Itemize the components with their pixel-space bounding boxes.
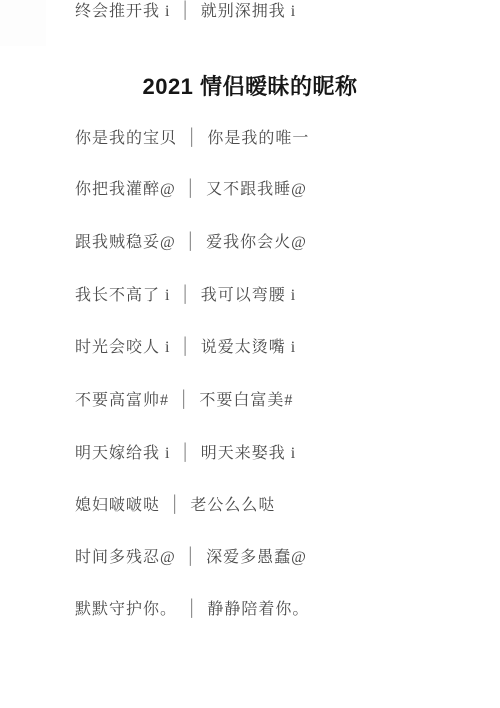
nickname-left: 时光会咬人 i [75,339,170,356]
separator-bar: │ [178,388,190,412]
page-title: 2021 情侣暧昧的昵称 [0,74,500,100]
separator-bar: │ [186,597,198,621]
nickname-right: 我可以弯腰 i [201,287,296,304]
separator-bar: │ [179,441,191,465]
nickname-right: 又不跟我睡@ [206,181,307,198]
nickname-line: 时光会咬人 i│说爱太烫嘴 i [75,336,296,360]
nickname-left: 媳妇啵啵哒 [75,497,160,514]
nickname-line: 你把我灌醉@│又不跟我睡@ [75,178,307,202]
separator-bar: │ [179,283,191,307]
nickname-line: 时间多残忍@│深爱多愚蠢@ [75,546,307,570]
nickname-line: 媳妇啵啵哒│老公么么哒 [75,494,275,518]
nickname-left: 默默守护你。 [75,601,177,618]
nickname-line: 你是我的宝贝│你是我的唯一 [75,127,309,151]
nickname-right: 明天来娶我 i [201,445,296,462]
nickname-left: 跟我贼稳妥@ [75,234,176,251]
separator-bar: │ [179,0,191,23]
nickname-line: 默默守护你。│静静陪着你。 [75,598,309,622]
nickname-line: 终会推开我 i│就别深拥我 i [75,0,296,24]
nickname-line: 我长不高了 i│我可以弯腰 i [75,284,296,308]
nickname-right: 说爱太烫嘴 i [201,339,296,356]
nickname-right: 不要白富美# [199,392,293,409]
nickname-line: 跟我贼稳妥@│爱我你会火@ [75,231,307,255]
document-page: 2021 情侣暧昧的昵称 你是我的宝贝│你是我的唯一 你把我灌醉@│又不跟我睡@… [0,0,500,708]
nickname-left: 不要高富帅# [75,392,169,409]
separator-bar: │ [169,493,181,517]
separator-bar: │ [185,545,197,569]
separator-bar: │ [185,177,197,201]
nickname-left: 你把我灌醉@ [75,181,176,198]
nickname-left: 我长不高了 i [75,287,170,304]
nickname-right: 老公么么哒 [190,497,275,514]
nickname-right: 就别深拥我 i [201,3,296,20]
nickname-right: 爱我你会火@ [206,234,307,251]
nickname-left: 明天嫁给我 i [75,445,170,462]
separator-bar: │ [186,126,198,150]
corner-shade [0,0,46,46]
nickname-right: 静静陪着你。 [207,601,309,618]
nickname-right: 你是我的唯一 [207,130,309,147]
separator-bar: │ [179,335,191,359]
nickname-left: 终会推开我 i [75,3,170,20]
nickname-right: 深爱多愚蠢@ [206,549,307,566]
nickname-left: 你是我的宝贝 [75,130,177,147]
nickname-line: 不要高富帅#│不要白富美# [75,389,293,413]
separator-bar: │ [185,230,197,254]
nickname-line: 明天嫁给我 i│明天来娶我 i [75,442,296,466]
nickname-left: 时间多残忍@ [75,549,176,566]
